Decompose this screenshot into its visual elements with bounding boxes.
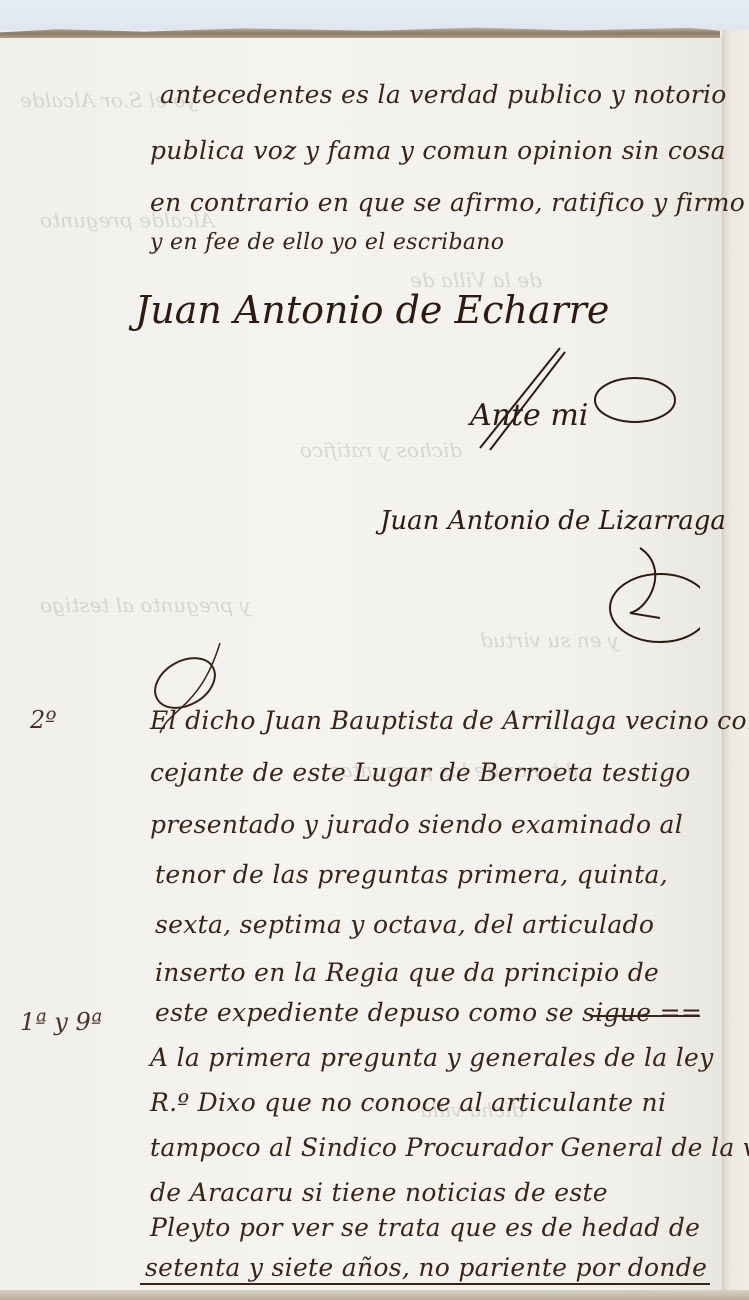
adjacent-page-edge (722, 30, 749, 1300)
text-line: cejante de este Lugar de Berroeta testig… (150, 758, 691, 787)
text-line: y en fee de ello yo el escribano (150, 230, 504, 255)
text-line: A la primera pregunta y generales de la … (150, 1043, 714, 1072)
notary-attestation: Ante mi (470, 398, 588, 433)
closing-underline (140, 1283, 710, 1285)
signature-rubric-icon (420, 338, 700, 658)
text-line: setenta y siete años, no pariente por do… (145, 1253, 707, 1282)
line-filler-stroke (590, 1015, 700, 1017)
text-line: de Aracaru si tiene noticias de este (150, 1178, 608, 1207)
bleed-through-text: y en su virtud (480, 628, 619, 652)
deponent-signature: Juan Antonio de Echarre (135, 288, 609, 332)
bleed-through-text: y pregunto al testigo (40, 593, 251, 617)
manuscript-page: yo el S.or Alcalde Alcalde pregunto de l… (0, 38, 723, 1300)
text-line: Pleyto por ver se trata que es de hedad … (150, 1213, 700, 1242)
text-line: este expediente depuso como se sigue == (155, 998, 702, 1027)
bleed-through-text: dichos y ratifico (300, 438, 462, 462)
scan-background (0, 0, 749, 30)
text-line: antecedentes es la verdad publico y noto… (160, 80, 727, 109)
text-line: R.º Dixo que no conoce al articulante ni (150, 1088, 666, 1117)
text-line: tenor de las preguntas primera, quinta, (155, 860, 668, 889)
notary-signature: Juan Antonio de Lizarraga (380, 506, 726, 536)
text-line: en contrario en que se afirmo, ratifico … (150, 188, 745, 217)
text-line: inserto en la Regia que da principio de (155, 958, 659, 987)
margin-witness-number: 2º (30, 706, 57, 734)
text-line: El dicho Juan Bauptista de Arrillaga vec… (150, 706, 749, 735)
text-line: publica voz y fama y comun opinion sin c… (150, 136, 726, 165)
margin-question-reference: 1ª y 9ª (20, 1008, 102, 1036)
page-bottom-edge (0, 1290, 749, 1300)
text-line: tampoco al Sindico Procurador General de… (150, 1133, 749, 1162)
text-line: sexta, septima y octava, del articulado (155, 910, 654, 939)
text-line: presentado y jurado siendo examinado al (150, 810, 683, 839)
